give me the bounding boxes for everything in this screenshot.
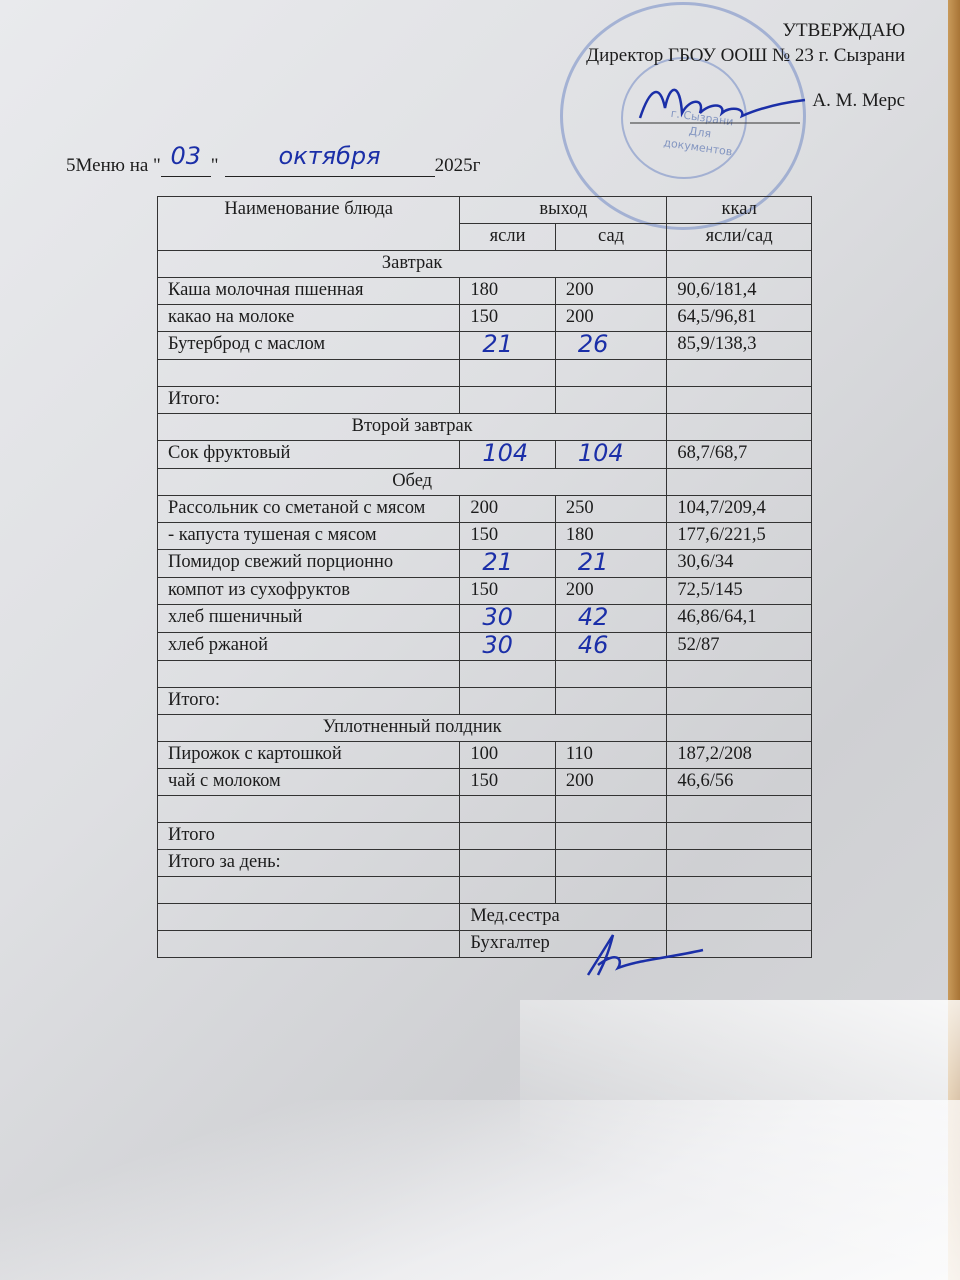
output-garden-value: 46	[578, 633, 609, 657]
director-signature-icon	[630, 78, 810, 128]
output-nursery: 150	[460, 769, 555, 796]
output-nursery: 21	[460, 550, 555, 578]
output-garden: 180	[555, 523, 667, 550]
output-garden: 21	[555, 550, 667, 578]
output-nursery: 104	[460, 441, 555, 469]
table-row: Итого:	[158, 387, 812, 414]
dish-name: - капуста тушеная с мясом	[158, 523, 460, 550]
dish-name: компот из сухофруктов	[158, 578, 460, 605]
dish-name: чай с молоком	[158, 769, 460, 796]
kcal-value	[667, 877, 812, 904]
output-garden: 200	[555, 278, 667, 305]
dish-name	[158, 360, 460, 387]
output-nursery: 150	[460, 578, 555, 605]
output-garden: 104	[555, 441, 667, 469]
output-garden	[555, 688, 667, 715]
kcal-value	[667, 850, 812, 877]
kcal-value: 68,7/68,7	[667, 441, 812, 469]
output-nursery	[460, 688, 555, 715]
empty-cell	[667, 904, 812, 931]
output-nursery-value: 150	[470, 580, 498, 600]
output-nursery	[460, 796, 555, 823]
kcal-value: 177,6/221,5	[667, 523, 812, 550]
output-garden-value: 42	[578, 605, 609, 629]
output-garden: 250	[555, 496, 667, 523]
empty-cell	[667, 469, 812, 496]
empty-cell	[667, 251, 812, 278]
nurse-signature-icon	[578, 930, 708, 980]
approval-title: УТВЕРЖДАЮ	[586, 18, 905, 43]
empty-cell	[667, 414, 812, 441]
table-row: Сок фруктовый10410468,7/68,7	[158, 441, 812, 469]
kcal-value	[667, 387, 812, 414]
output-nursery	[460, 877, 555, 904]
table-row: Итого за день:	[158, 850, 812, 877]
menu-date-line: 5Меню на "03"октября2025г	[66, 148, 480, 177]
dish-name: какао на молоке	[158, 305, 460, 332]
output-nursery-value: 200	[470, 498, 498, 518]
kcal-value: 85,9/138,3	[667, 332, 812, 360]
kcal-value	[667, 823, 812, 850]
output-garden: 200	[555, 769, 667, 796]
output-nursery: 150	[460, 523, 555, 550]
kcal-value: 46,86/64,1	[667, 605, 812, 633]
output-garden: 46	[555, 633, 667, 661]
empty-cell	[158, 931, 460, 958]
output-nursery: 21	[460, 332, 555, 360]
menu-quote: "	[211, 155, 219, 176]
menu-month: октября	[279, 142, 381, 170]
output-nursery	[460, 823, 555, 850]
signature-row: Мед.сестра	[158, 904, 812, 931]
table-row: компот из сухофруктов15020072,5/145	[158, 578, 812, 605]
output-garden-value: 200	[566, 771, 594, 791]
table-row: Каша молочная пшенная18020090,6/181,4	[158, 278, 812, 305]
output-nursery-value: 100	[470, 744, 498, 764]
output-garden: 26	[555, 332, 667, 360]
dish-name: Бутерброд с маслом	[158, 332, 460, 360]
table-row: Итого:	[158, 688, 812, 715]
output-garden-value: 21	[578, 550, 609, 574]
output-garden-value: 180	[566, 525, 594, 545]
output-garden: 42	[555, 605, 667, 633]
kcal-value: 72,5/145	[667, 578, 812, 605]
table-row: Рассольник со сметаной с мясом200250104,…	[158, 496, 812, 523]
menu-day: 03	[171, 142, 202, 170]
kcal-value	[667, 796, 812, 823]
section-row: Уплотненный полдник	[158, 715, 812, 742]
output-nursery	[460, 850, 555, 877]
output-garden: 200	[555, 578, 667, 605]
output-nursery-value: 150	[470, 525, 498, 545]
empty-cell	[158, 904, 460, 931]
output-garden	[555, 877, 667, 904]
section-title: Завтрак	[158, 251, 667, 278]
output-garden	[555, 387, 667, 414]
table-row	[158, 796, 812, 823]
output-nursery: 180	[460, 278, 555, 305]
dish-name: Итого:	[158, 688, 460, 715]
kcal-value: 187,2/208	[667, 742, 812, 769]
dish-name: Пирожок с картошкой	[158, 742, 460, 769]
table-row: какао на молоке15020064,5/96,81	[158, 305, 812, 332]
header-nursery: ясли	[460, 224, 555, 251]
output-garden	[555, 661, 667, 688]
kcal-value: 30,6/34	[667, 550, 812, 578]
kcal-value: 52/87	[667, 633, 812, 661]
output-nursery: 100	[460, 742, 555, 769]
header-garden: сад	[555, 224, 667, 251]
output-garden-value: 104	[578, 441, 624, 465]
table-row: Помидор свежий порционно212130,6/34	[158, 550, 812, 578]
dish-name	[158, 796, 460, 823]
table-row	[158, 661, 812, 688]
output-nursery-value: 30	[482, 605, 513, 629]
kcal-value: 90,6/181,4	[667, 278, 812, 305]
kcal-value: 64,5/96,81	[667, 305, 812, 332]
output-garden	[555, 360, 667, 387]
header-kcal: ккал	[667, 197, 812, 224]
dish-name: хлеб ржаной	[158, 633, 460, 661]
table-row: Итого	[158, 823, 812, 850]
output-nursery	[460, 661, 555, 688]
output-nursery: 150	[460, 305, 555, 332]
empty-cell	[667, 715, 812, 742]
table-row: хлеб ржаной304652/87	[158, 633, 812, 661]
dish-name: Каша молочная пшенная	[158, 278, 460, 305]
dish-name: Итого	[158, 823, 460, 850]
output-nursery	[460, 387, 555, 414]
kcal-value: 104,7/209,4	[667, 496, 812, 523]
output-nursery: 30	[460, 605, 555, 633]
output-nursery-value: 150	[470, 771, 498, 791]
output-nursery-value: 104	[482, 441, 528, 465]
output-nursery	[460, 360, 555, 387]
kcal-value	[667, 360, 812, 387]
output-nursery: 30	[460, 633, 555, 661]
kcal-value	[667, 661, 812, 688]
header-dish: Наименование блюда	[158, 197, 460, 251]
section-row: Обед	[158, 469, 812, 496]
dish-name: хлеб пшеничный	[158, 605, 460, 633]
section-title: Обед	[158, 469, 667, 496]
dish-name: Итого:	[158, 387, 460, 414]
menu-prefix: 5Меню на "	[66, 155, 161, 176]
output-nursery-value: 180	[470, 280, 498, 300]
output-garden-value: 26	[578, 332, 609, 356]
output-garden: 110	[555, 742, 667, 769]
dish-name: Итого за день:	[158, 850, 460, 877]
output-garden	[555, 796, 667, 823]
output-nursery: 200	[460, 496, 555, 523]
table-row: хлеб пшеничный304246,86/64,1	[158, 605, 812, 633]
section-row: Второй завтрак	[158, 414, 812, 441]
output-garden	[555, 823, 667, 850]
header-kcal-sub: ясли/сад	[667, 224, 812, 251]
table-row	[158, 877, 812, 904]
signature-row: Бухгалтер	[158, 931, 812, 958]
section-title: Второй завтрак	[158, 414, 667, 441]
dish-name: Сок фруктовый	[158, 441, 460, 469]
signature-label-nurse: Мед.сестра	[460, 904, 667, 931]
dish-name: Рассольник со сметаной с мясом	[158, 496, 460, 523]
approval-position: Директор ГБОУ ООШ № 23 г. Сызрани	[586, 43, 905, 68]
output-nursery-value: 30	[482, 633, 513, 657]
output-nursery-value: 21	[482, 550, 513, 574]
output-garden	[555, 850, 667, 877]
dish-name	[158, 877, 460, 904]
table-row: Бутерброд с маслом212685,9/138,3	[158, 332, 812, 360]
light-patch	[520, 1000, 960, 1280]
output-nursery-value: 150	[470, 307, 498, 327]
section-row: Завтрак	[158, 251, 812, 278]
table-row: чай с молоком15020046,6/56	[158, 769, 812, 796]
output-garden-value: 200	[566, 580, 594, 600]
output-garden-value: 110	[566, 744, 593, 764]
output-nursery-value: 21	[482, 332, 513, 356]
menu-table: Наименование блюда выход ккал ясли сад я…	[157, 196, 812, 958]
header-output: выход	[460, 197, 667, 224]
kcal-value: 46,6/56	[667, 769, 812, 796]
menu-year: 2025г	[435, 155, 481, 176]
kcal-value	[667, 688, 812, 715]
table-row: - капуста тушеная с мясом150180177,6/221…	[158, 523, 812, 550]
output-garden-value: 200	[566, 280, 594, 300]
output-garden-value: 200	[566, 307, 594, 327]
table-row: Пирожок с картошкой100110187,2/208	[158, 742, 812, 769]
dish-name	[158, 661, 460, 688]
output-garden: 200	[555, 305, 667, 332]
section-title: Уплотненный полдник	[158, 715, 667, 742]
dish-name: Помидор свежий порционно	[158, 550, 460, 578]
output-garden-value: 250	[566, 498, 594, 518]
table-row	[158, 360, 812, 387]
